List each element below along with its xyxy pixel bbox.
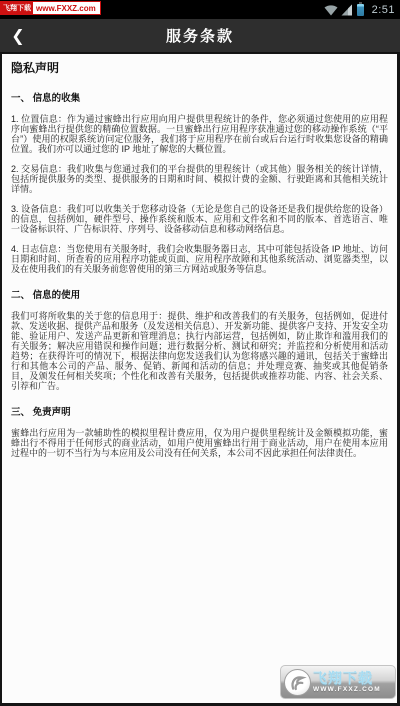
site-watermark-bottom: 飞翔下载 WWW.FXXZ.COM xyxy=(280,665,396,699)
status-bar: 飞翔下载 www.FXXZ.com 2:51 xyxy=(0,0,400,19)
terms-page: 飞翔下载 www.FXXZ.com 2:51 ❮ 服务条款 隐私声明 一、 信息… xyxy=(0,0,400,706)
page-title: 服务条款 xyxy=(0,25,400,46)
watermark-url: www.FXXZ.com xyxy=(36,4,96,13)
site-watermark-top: 飞翔下载 www.FXXZ.com xyxy=(0,1,101,15)
paragraph-transaction-info: 2. 交易信息：我们收集与您通过我们的平台提供的里程统计（或其他）服务相关的统计… xyxy=(11,164,388,194)
signal-strength-icon xyxy=(341,4,353,16)
terms-content[interactable]: 隐私声明 一、 信息的收集 1. 位置信息：作为通过蜜蜂出行应用向用户提供里程统… xyxy=(2,54,397,703)
section-title-usage: 二、 信息的使用 xyxy=(11,287,388,301)
section-title-collection: 一、 信息的收集 xyxy=(11,90,388,104)
privacy-heading: 隐私声明 xyxy=(11,59,388,76)
paragraph-location-info: 1. 位置信息：作为通过蜜蜂出行应用向用户提供里程统计的条件，您必须通过您使用的… xyxy=(11,114,388,154)
section-title-disclaimer: 三、 免责声明 xyxy=(11,404,388,418)
battery-icon xyxy=(357,4,364,16)
paragraph-disclaimer: 蜜蜂出行应用为一款辅助性的模拟里程计费应用，仅为用户提供里程统计及金额模拟功能，… xyxy=(11,428,388,458)
paragraph-log-info: 4. 日志信息：当您使用有关服务时，我们会收集服务器日志，其中可能包括设备 IP… xyxy=(11,244,388,274)
paragraph-device-info: 3. 设备信息：我们可以收集关于您移动设备（无论是您自己的设备还是我们提供给您的… xyxy=(11,204,388,234)
wifi-icon xyxy=(324,4,338,16)
fxxz-logo-icon xyxy=(284,669,311,696)
back-button[interactable]: ❮ xyxy=(0,19,36,53)
watermark-badge: 飞翔下载 xyxy=(1,2,33,14)
watermark-site-name: 飞翔下载 xyxy=(313,671,381,685)
chevron-left-icon: ❮ xyxy=(11,26,24,46)
app-header: ❮ 服务条款 xyxy=(0,19,400,53)
watermark-site-url: WWW.FXXZ.COM xyxy=(313,687,381,694)
status-time: 2:51 xyxy=(372,4,395,16)
paragraph-usage: 我们可将所收集的关于您的信息用于：提供、维护和改善我们的有关服务，包括例如，促进… xyxy=(11,311,388,391)
